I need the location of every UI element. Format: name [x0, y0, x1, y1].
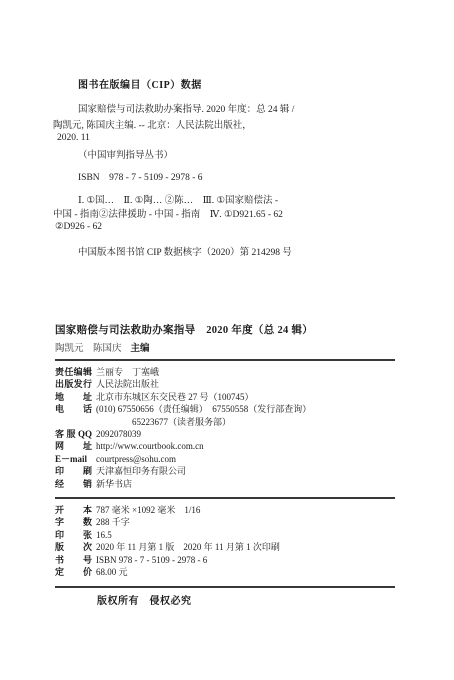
cip-classification-line: 中国 - 指南②法律援助 - 中国 - 指南 Ⅳ. ①D921.65 - 62 — [53, 206, 283, 220]
cip-classification-line: ②D926 - 62 — [55, 221, 102, 232]
book-title: 国家赔偿与司法救助办案指导 2020 年度（总 24 辑） — [55, 322, 313, 337]
info-row-website: 网址 http://www.courtbook.com.cn — [55, 440, 403, 452]
info-row-edition: 版次 2020 年 11 月第 1 版 2020 年 11 月第 1 次印刷 — [55, 541, 403, 553]
info-row-price: 定价 68.00 元 — [55, 566, 403, 578]
info-row-sheets: 印张 16.5 — [55, 529, 403, 541]
row-label — [55, 416, 92, 428]
row-label: 责任编辑 — [55, 366, 92, 378]
info-row-phone-continued: 65223677（读者服务部） — [55, 416, 403, 428]
row-label: 版次 — [55, 541, 92, 553]
row-value: 65223677（读者服务部） — [132, 416, 231, 428]
row-value: 288 千字 — [96, 516, 130, 528]
info-row-qq: 客服QQ 2092078039 — [55, 428, 403, 440]
cip-heading: 图书在版编目（CIP）数据 — [78, 76, 202, 91]
cip-description-line: 陶凯元, 陈国庆主编. -- 北京：人民法院出版社， — [53, 117, 252, 131]
row-value: 2092078039 — [96, 428, 141, 440]
row-label: 印刷 — [55, 465, 92, 477]
cip-series-line: （中国审判指导丛书） — [78, 147, 173, 161]
row-value: 人民法院出版社 — [96, 378, 159, 390]
row-label: 开本 — [55, 504, 92, 516]
row-value: courtpress@sohu.com — [96, 453, 176, 465]
row-label: 电话 — [55, 403, 92, 415]
row-value: 68.00 元 — [96, 566, 128, 578]
row-value: (010) 67550656（责任编辑） 67550558（发行部查询） — [96, 403, 311, 415]
copyright-notice: 版权所有 侵权必究 — [97, 592, 192, 607]
row-label: 书号 — [55, 554, 92, 566]
row-label: 字数 — [55, 516, 92, 528]
row-value: 天津嘉恒印务有限公司 — [96, 465, 186, 477]
row-value: http://www.courtbook.com.cn — [96, 440, 204, 452]
row-label: 出版发行 — [55, 378, 92, 390]
row-value: 16.5 — [96, 529, 112, 541]
info-row-distributor: 经销 新华书店 — [55, 478, 403, 490]
info-row-phone: 电话 (010) 67550656（责任编辑） 67550558（发行部查询） — [55, 403, 403, 415]
divider-bottom — [55, 586, 395, 588]
row-value: ISBN 978 - 7 - 5109 - 2978 - 6 — [96, 554, 207, 566]
format-info-section: 开本 787 毫米 ×1092 毫米 1/16 字数 288 千字 印张 16.… — [55, 504, 403, 578]
row-label: 客服QQ — [55, 428, 92, 440]
info-row-trim-size: 开本 787 毫米 ×1092 毫米 1/16 — [55, 504, 403, 516]
row-label: E－mail — [55, 453, 92, 465]
row-label: 印张 — [55, 529, 92, 541]
copyright-page: 图书在版编目（CIP）数据 国家赔偿与司法救助办案指导. 2020 年度：总 2… — [0, 0, 454, 680]
row-value: 2020 年 11 月第 1 版 2020 年 11 月第 1 次印刷 — [96, 541, 280, 553]
row-label: 网址 — [55, 440, 92, 452]
row-label: 地址 — [55, 391, 92, 403]
row-value: 787 毫米 ×1092 毫米 1/16 — [96, 504, 200, 516]
info-row-email: E－mail courtpress@sohu.com — [55, 453, 403, 465]
cip-isbn-line: ISBN 978 - 7 - 5109 - 2978 - 6 — [78, 169, 203, 183]
byline: 陶凯元 陈国庆主编 — [55, 340, 150, 354]
info-row-address: 地址 北京市东城区东交民巷 27 号（100745） — [55, 391, 403, 403]
info-row-word-count: 字数 288 千字 — [55, 516, 403, 528]
info-row-publisher: 出版发行 人民法院出版社 — [55, 378, 403, 390]
divider-top — [55, 359, 395, 361]
editor-role: 主编 — [131, 344, 150, 354]
info-row-editor: 责任编辑 兰丽专 丁塞峨 — [55, 366, 403, 378]
row-value: 北京市东城区东交民巷 27 号（100745） — [96, 391, 254, 403]
cip-description-line: 国家赔偿与司法救助办案指导. 2020 年度：总 24 辑 / — [78, 101, 294, 115]
cip-classification-line: Ⅰ. ①国… Ⅱ. ①陶… ②陈… Ⅲ. ①国家赔偿法 - — [78, 192, 278, 206]
editors-names: 陶凯元 陈国庆 — [55, 344, 122, 354]
info-row-printer: 印刷 天津嘉恒印务有限公司 — [55, 465, 403, 477]
cip-record-number-line: 中国版本图书馆 CIP 数据核字（2020）第 214298 号 — [78, 244, 292, 258]
publisher-info-section: 责任编辑 兰丽专 丁塞峨 出版发行 人民法院出版社 地址 北京市东城区东交民巷 … — [55, 366, 403, 490]
row-value: 新华书店 — [96, 478, 132, 490]
row-label: 经销 — [55, 478, 92, 490]
row-value: 兰丽专 丁塞峨 — [96, 366, 159, 378]
divider-middle — [55, 497, 395, 499]
cip-description-line: 2020. 11 — [57, 133, 90, 143]
info-row-isbn: 书号 ISBN 978 - 7 - 5109 - 2978 - 6 — [55, 554, 403, 566]
row-label: 定价 — [55, 566, 92, 578]
